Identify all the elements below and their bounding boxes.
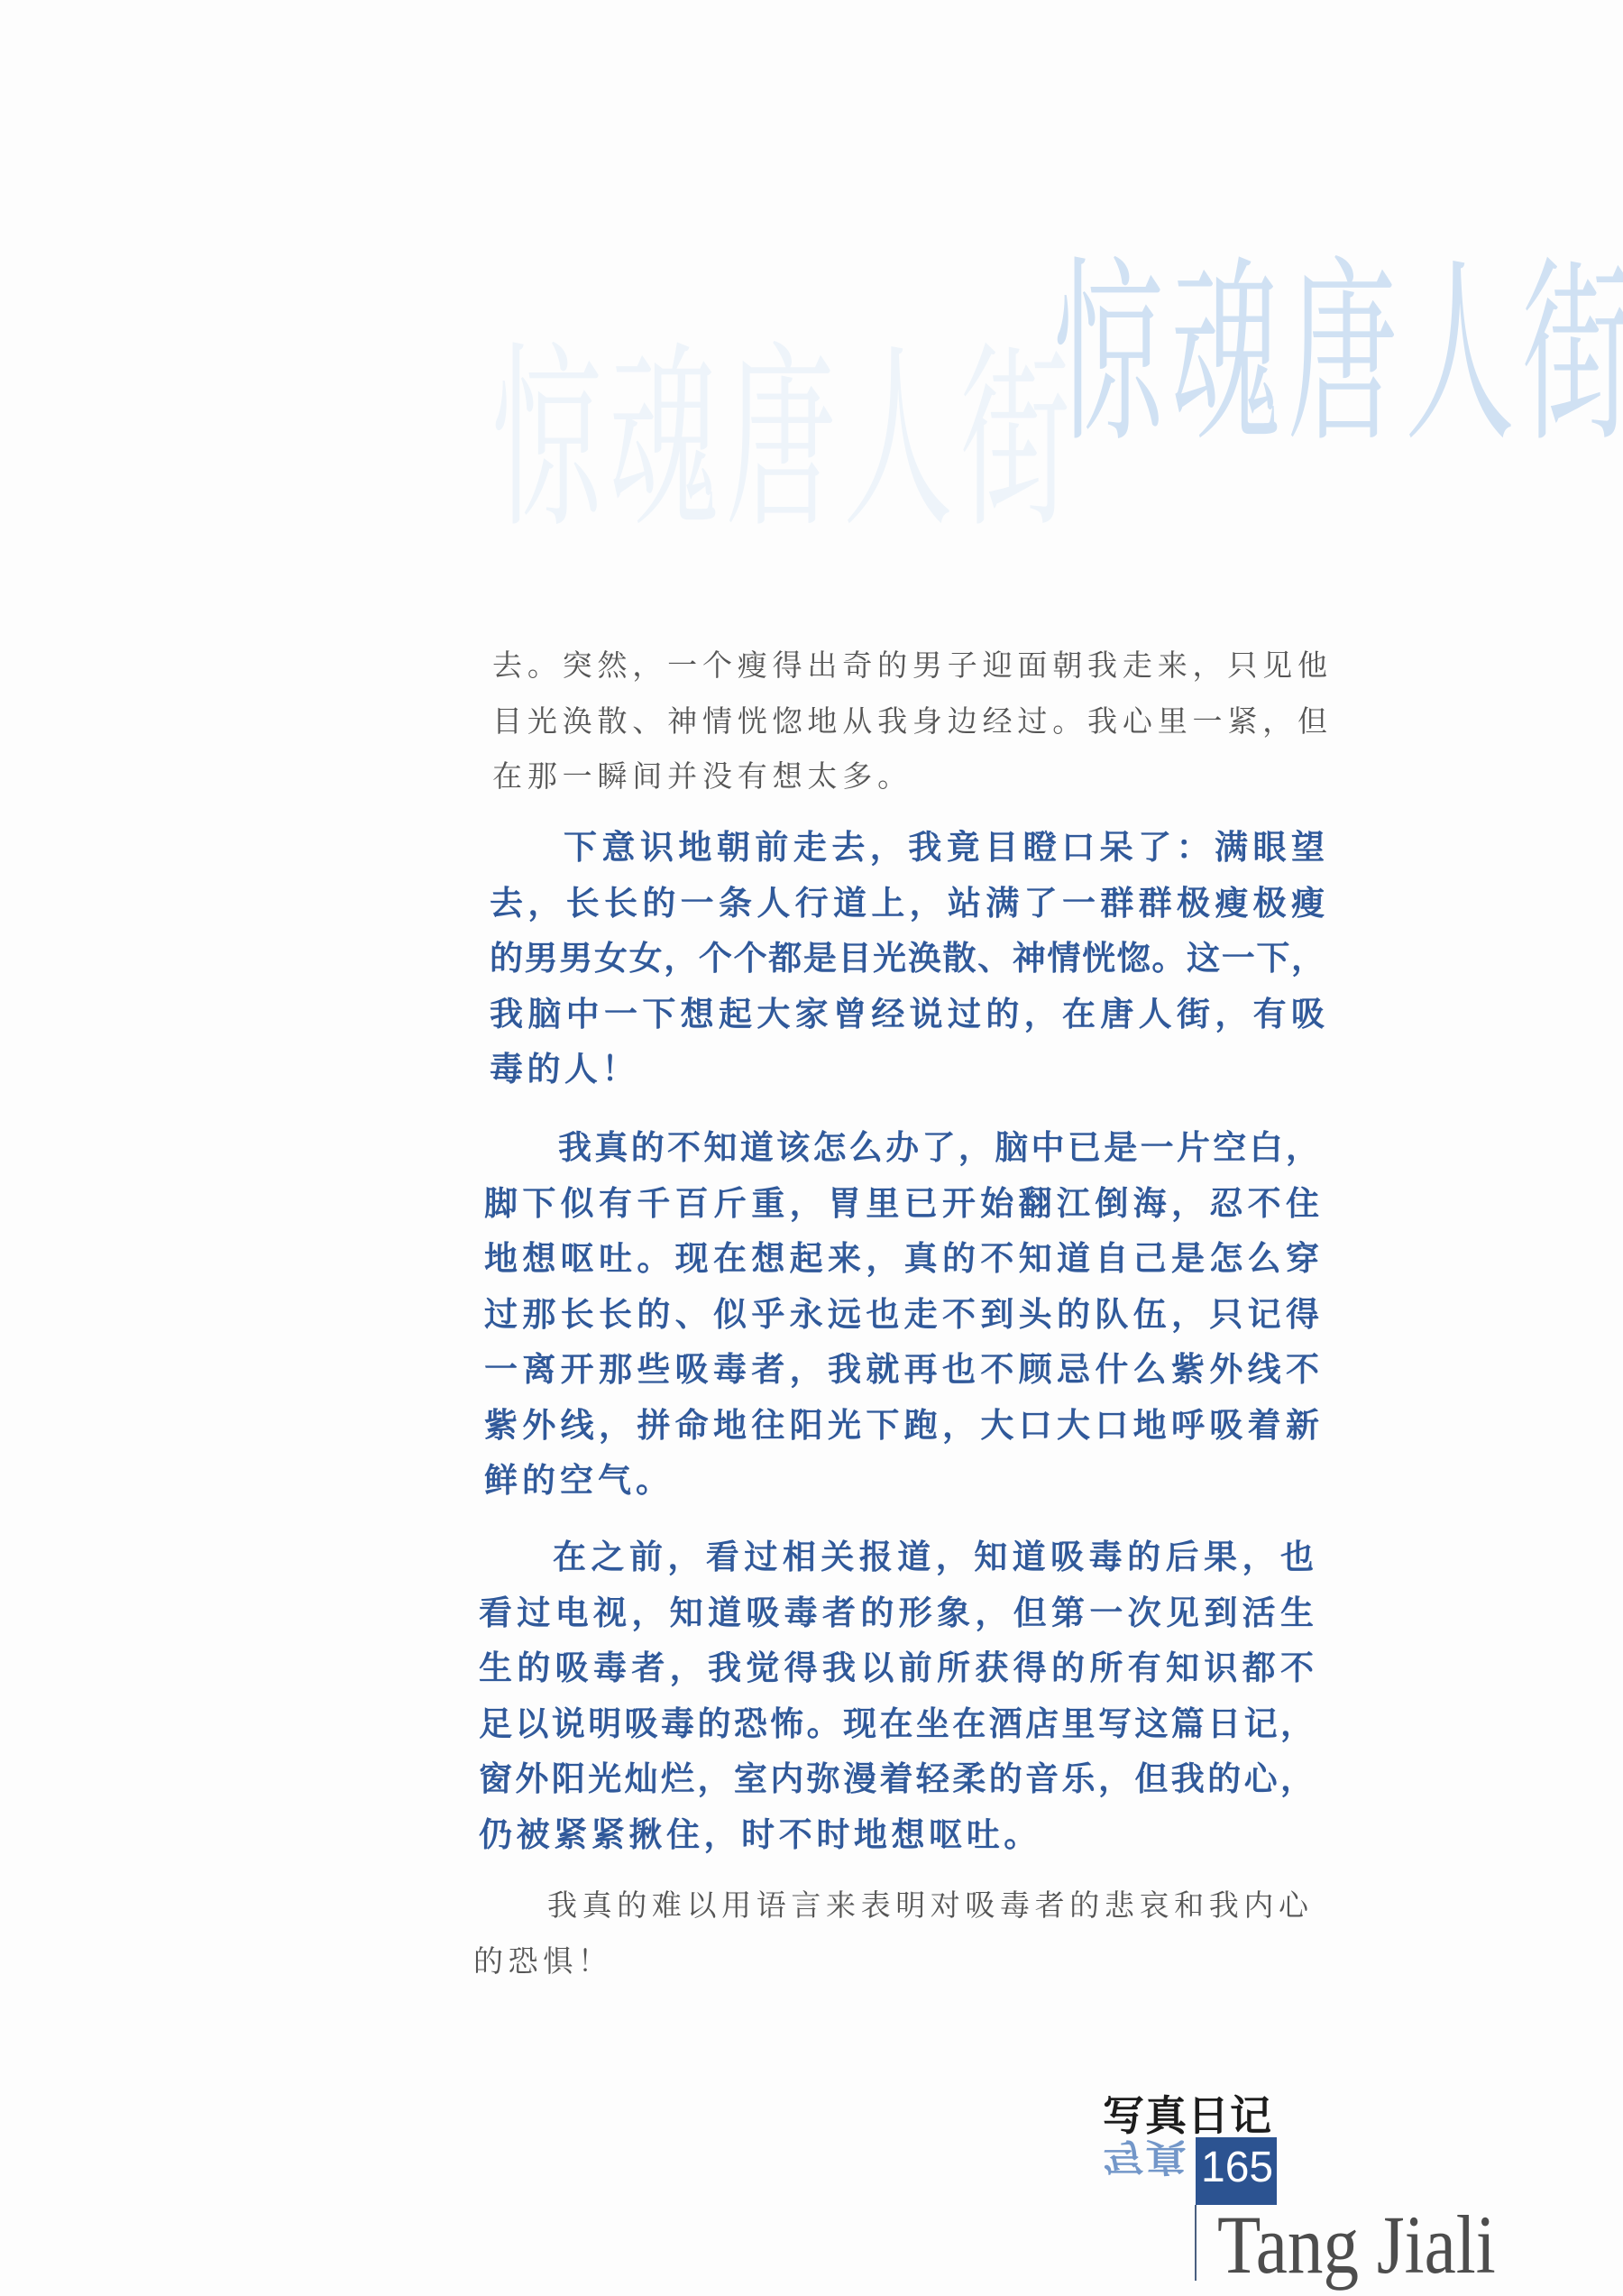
text-line: 我真的不知道该怎么办了，脑中已是一片空白，: [558, 1120, 1319, 1176]
paragraph-3: 我真的不知道该怎么办了，脑中已是一片空白， 脚下似有千百斤重，胃里已开始翻江倒海…: [484, 1120, 1319, 1509]
text-line: 在之前，看过相关报道，知道吸毒的后果，也: [553, 1529, 1314, 1585]
author-name: Tang Jiali: [1217, 2203, 1496, 2286]
text-line: 毒的人！: [490, 1042, 1325, 1097]
text-line: 生的吸毒者，我觉得我以前所获得的所有知识都不: [479, 1640, 1314, 1696]
text-line: 我真的难以用语言来表明对吸毒者的悲哀和我内心: [547, 1878, 1308, 1933]
paragraph-1: 去。突然，一个瘦得出奇的男子迎面朝我走来，只见他 目光涣散、神情恍惚地从我身边经…: [492, 638, 1327, 804]
text-line: 过那长长的、似乎永远也走不到头的队伍，只记得: [484, 1287, 1319, 1343]
text-line: 去。突然，一个瘦得出奇的男子迎面朝我走来，只见他: [492, 638, 1327, 693]
text-line: 地想呕吐。现在想起来，真的不知道自己是怎么穿: [484, 1231, 1319, 1287]
page-title: 惊魂唐人街: [1053, 255, 1623, 454]
section-title: 写真日记: [1103, 2095, 1272, 2136]
footer-divider: [1195, 2205, 1197, 2281]
text-line: 足以说明吸毒的恐怖。现在坐在酒店里写这篇日记，: [479, 1696, 1314, 1752]
page-number-badge: 165: [1196, 2137, 1277, 2205]
text-line: 我脑中一下想起大家曾经说过的，在唐人街，有吸: [490, 987, 1325, 1042]
text-line: 窗外阳光灿烂，室内弥漫着轻柔的音乐，但我的心，: [479, 1751, 1314, 1807]
text-line: 脚下似有千百斤重，胃里已开始翻江倒海，忍不住: [484, 1176, 1319, 1232]
title-ghost: 惊魂唐人街: [491, 341, 1077, 539]
paragraph-5: 我真的难以用语言来表明对吸毒者的悲哀和我内心 的恐惧！: [473, 1878, 1308, 1988]
paragraph-4: 在之前，看过相关报道，知道吸毒的后果，也 看过电视，知道吸毒者的形象，但第一次见…: [479, 1529, 1314, 1862]
page-number: 165: [1201, 2146, 1273, 2190]
text-line: 目光涣散、神情恍惚地从我身边经过。我心里一紧，但: [492, 693, 1327, 749]
text-line: 一离开那些吸毒者，我就再也不顾忌什么紫外线不: [484, 1342, 1319, 1398]
text-line: 仍被紧紧揪住，时不时地想呕吐。: [479, 1807, 1314, 1863]
text-line: 的恐惧！: [473, 1933, 1308, 1989]
section-title-reflection: 写真: [1103, 2138, 1187, 2175]
text-line: 的男男女女，个个都是目光涣散、神情恍惚。这一下，: [490, 931, 1325, 987]
text-line: 鲜的空气。: [484, 1453, 1319, 1509]
text-line: 在那一瞬间并没有想太多。: [492, 748, 1327, 804]
text-line: 下意识地朝前走去，我竟目瞪口呆了：满眼望: [564, 820, 1325, 876]
text-line: 去，长长的一条人行道上，站满了一群群极瘦极瘦: [490, 876, 1325, 932]
text-line: 紫外线，拼命地往阳光下跑，大口大口地呼吸着新: [484, 1398, 1319, 1454]
paragraph-2: 下意识地朝前走去，我竟目瞪口呆了：满眼望 去，长长的一条人行道上，站满了一群群极…: [490, 820, 1325, 1097]
text-line: 看过电视，知道吸毒者的形象，但第一次见到活生: [479, 1585, 1314, 1641]
